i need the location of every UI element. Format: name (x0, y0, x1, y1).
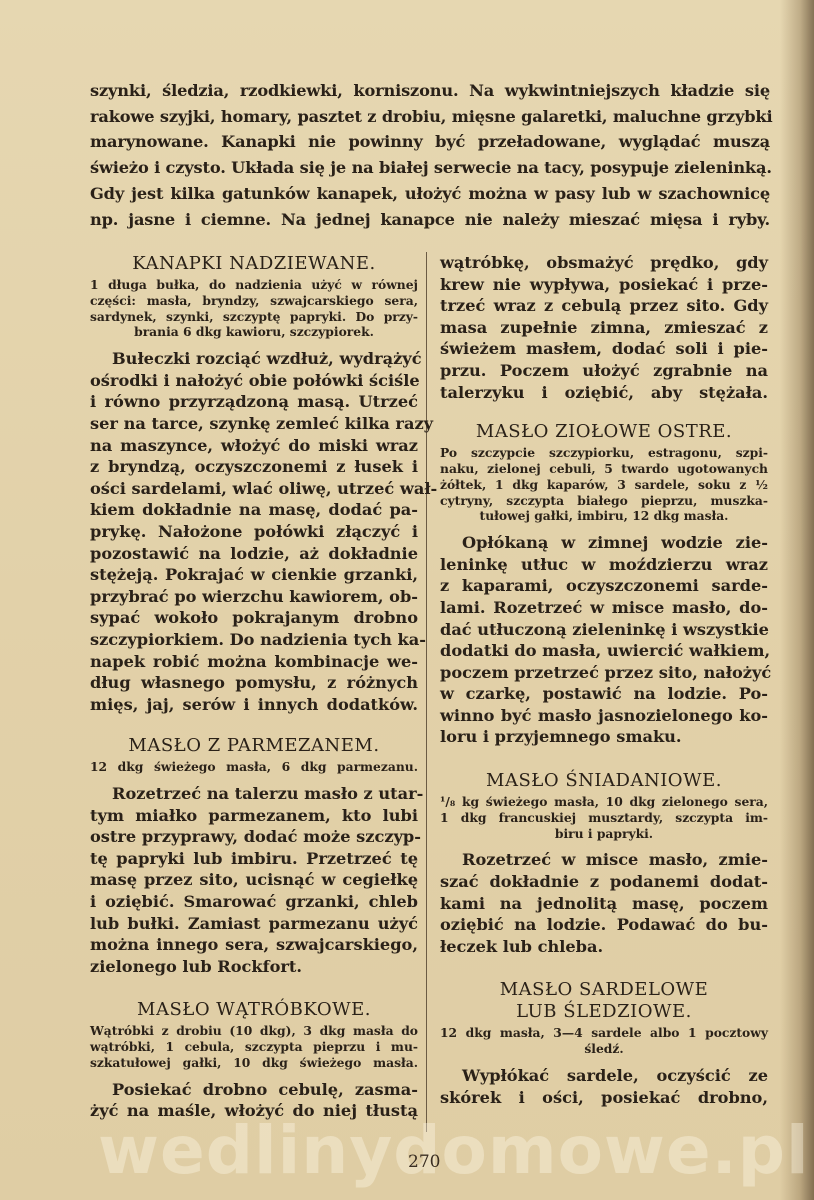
instruction-line: Opłókaną w zimnej wodzie zie- (440, 532, 768, 554)
intro-paragraph: szynki, śledzia, rzodkiewki, korniszonu.… (90, 78, 770, 232)
ingredient-line: 12 dkg masła, 3—4 sardele albo 1 pocztow… (440, 1025, 768, 1041)
recipe-instructions: Rozetrzeć na talerzu masło z utar- tym m… (90, 783, 418, 977)
instruction-line: stężeją. Pokrajać w cienkie grzanki, (90, 564, 418, 586)
instruction-line: winno być masło jasnozielonego ko- (440, 705, 768, 727)
recipe-maslo-sardelowe: MASŁO SARDELOWE LUB ŚLEDZIOWE. 12 dkg ma… (440, 979, 768, 1108)
recipe-title: MASŁO WĄTRÓBKOWE. (90, 999, 418, 1021)
instruction-line: Wypłókać sardele, oczyścić ze (440, 1065, 768, 1087)
ingredient-line: ¹/₈ kg świeżego masła, 10 dkg zielonego … (440, 794, 768, 810)
recipe-maslo-sniadaniowe: MASŁO ŚNIADANIOWE. ¹/₈ kg świeżego masła… (440, 770, 768, 957)
recipe-title: MASŁO SARDELOWE LUB ŚLEDZIOWE. (440, 979, 768, 1023)
ingredient-line: śledź. (440, 1041, 768, 1057)
ingredient-line: Po szczypcie szczypiorku, estragonu, szp… (440, 445, 768, 461)
instruction-line: i oziębić. Smarować grzanki, chleb (90, 891, 418, 913)
text-line: świeżo i czysto. Układa się je na białej… (90, 155, 770, 181)
recipe-title-line: LUB ŚLEDZIOWE. (440, 1001, 768, 1023)
instruction-line: na maszynce, włożyć do miski wraz (90, 435, 418, 457)
instruction-line: kami na jednolitą masę, poczem (440, 893, 768, 915)
instruction-line: szać dokładnie z podanemi dodat- (440, 871, 768, 893)
instruction-line: i równo przyrządzoną masą. Utrzeć (90, 391, 418, 413)
instruction-line: oziębić na lodzie. Podawać do bu- (440, 914, 768, 936)
page-number: 270 (408, 1152, 440, 1172)
instruction-line: sypać wokoło pokrajanym drobno (90, 607, 418, 629)
instruction-line: wątróbkę, obsmażyć prędko, gdy (440, 252, 768, 274)
recipe-kanapki-nadziewane: KANAPKI NADZIEWANE. 1 długa bułka, do na… (90, 253, 418, 715)
instruction-line: krew nie wypływa, posiekać i prze- (440, 274, 768, 296)
recipe-instructions: Bułeczki rozciąć wzdłuż, wydrążyć ośrodk… (90, 348, 418, 715)
instruction-line: Bułeczki rozciąć wzdłuż, wydrążyć (90, 348, 418, 370)
ingredient-line: wątróbki, 1 cebula, szczypta pieprzu i m… (90, 1039, 418, 1055)
ingredient-line: biru i papryki. (440, 826, 768, 842)
ingredient-line: tułowej gałki, imbiru, 12 dkg masła. (440, 508, 768, 524)
instruction-line: tym miałko parmezanem, kto lubi (90, 805, 418, 827)
recipe-maslo-z-parmezanem: MASŁO Z PARMEZANEM. 12 dkg świeżego masł… (90, 735, 418, 977)
instruction-line: Rozetrzeć na talerzu masło z utar- (90, 783, 418, 805)
text-line: szynki, śledzia, rzodkiewki, korniszonu.… (90, 78, 770, 104)
instruction-line: loru i przyjemnego smaku. (440, 726, 768, 748)
ingredient-line: części: masła, bryndzy, szwajcarskiego s… (90, 293, 418, 309)
instruction-line: dodatki do masła, uwiercić wałkiem, (440, 640, 768, 662)
instruction-line: tę papryki lub imbiru. Przetrzeć tę (90, 848, 418, 870)
instruction-line: ości sardelami, wlać oliwę, utrzeć wał- (90, 478, 418, 500)
ingredient-line: szkatułowej gałki, 10 dkg świeżego masła… (90, 1055, 418, 1071)
left-column: KANAPKI NADZIEWANE. 1 długa bułka, do na… (90, 250, 418, 1122)
recipe-title: KANAPKI NADZIEWANE. (90, 253, 418, 275)
recipe-title-line: MASŁO SARDELOWE (440, 979, 768, 1001)
recipe-ingredients: Po szczypcie szczypiorku, estragonu, szp… (440, 445, 768, 524)
instruction-line: masa zupełnie zimna, zmieszać z (440, 317, 768, 339)
recipe-title: MASŁO ŚNIADANIOWE. (440, 770, 768, 792)
instruction-line: trzeć wraz z cebulą przez sito. Gdy (440, 295, 768, 317)
recipe-ingredients: 1 długa bułka, do nadzienia użyć w równe… (90, 277, 418, 340)
recipe-instructions: Wypłókać sardele, oczyścić ze skórek i o… (440, 1065, 768, 1108)
instruction-line: można innego sera, szwajcarskiego, (90, 934, 418, 956)
text-line: np. jasne i ciemne. Na jednej kanapce ni… (90, 207, 770, 233)
instruction-line: świeżem masłem, dodać soli i pie- (440, 338, 768, 360)
recipe-instructions: Rozetrzeć w misce masło, zmie- szać dokł… (440, 849, 768, 957)
recipe-ingredients: 12 dkg świeżego masła, 6 dkg parmezanu. (90, 759, 418, 775)
instruction-line: masę przez sito, ucisnąć w cegiełkę (90, 869, 418, 891)
instruction-line: dług własnego pomysłu, z różnych (90, 672, 418, 694)
recipe-instructions: wątróbkę, obsmażyć prędko, gdy krew nie … (440, 252, 768, 403)
instruction-line: talerzyku i oziębić, aby stężała. (440, 382, 768, 404)
instruction-line: Rozetrzeć w misce masło, zmie- (440, 849, 768, 871)
instruction-line: w czarkę, postawić na lodzie. Po- (440, 683, 768, 705)
instruction-line: ośrodki i nałożyć obie połówki ściśle (90, 370, 418, 392)
column-divider (426, 252, 427, 1132)
instruction-line: mięs, jaj, serów i innych dodatków. (90, 694, 418, 716)
ingredient-line: sardynek, szynki, szczyptę papryki. Do p… (90, 309, 418, 325)
instruction-line: ser na tarce, szynkę zemleć kilka razy (90, 413, 418, 435)
instruction-line: przu. Poczem ułożyć zgrabnie na (440, 360, 768, 382)
instruction-line: zielonego lub Rockfort. (90, 956, 418, 978)
recipe-instructions: Opłókaną w zimnej wodzie zie- leninkę ut… (440, 532, 768, 748)
instruction-line: pozostawić na lodzie, aż dokładnie (90, 543, 418, 565)
instruction-line: dać utłuczoną zieleninkę i wszystkie (440, 619, 768, 641)
instruction-line: prykę. Nałożone połówki złączyć i (90, 521, 418, 543)
ingredient-line: brania 6 dkg kawioru, szczypiorek. (90, 324, 418, 340)
recipe-ingredients: 12 dkg masła, 3—4 sardele albo 1 pocztow… (440, 1025, 768, 1057)
instruction-line: szczypiorkiem. Do nadzienia tych ka- (90, 629, 418, 651)
watermark: wedlinydomowe.pl (98, 1112, 810, 1189)
instruction-line: napek robić można kombinacje we- (90, 651, 418, 673)
instruction-line: łeczek lub chleba. (440, 936, 768, 958)
instruction-line: skórek i ości, posiekać drobno, (440, 1087, 768, 1109)
recipe-instructions: Posiekać drobno cebulę, zasma- żyć na ma… (90, 1079, 418, 1122)
recipe-title: MASŁO Z PARMEZANEM. (90, 735, 418, 757)
instruction-line: z kaparami, oczyszczonemi sarde- (440, 575, 768, 597)
instruction-line: żyć na maśle, włożyć do niej tłustą (90, 1100, 418, 1122)
recipe-title: MASŁO ZIOŁOWE OSTRE. (440, 421, 768, 443)
text-line: marynowane. Kanapki nie powinny być prze… (90, 129, 770, 155)
ingredient-line: 1 dkg francuskiej musztardy, szczypta im… (440, 810, 768, 826)
recipe-maslo-watrobkowe: MASŁO WĄTRÓBKOWE. Wątróbki z drobiu (10 … (90, 999, 418, 1122)
recipe-ingredients: Wątróbki z drobiu (10 dkg), 3 dkg masła … (90, 1023, 418, 1070)
instruction-line: przybrać po wierzchu kawiorem, ob- (90, 586, 418, 608)
instruction-line: z bryndzą, oczyszczonemi z łusek i (90, 456, 418, 478)
instruction-line: leninkę utłuc w moździerzu wraz (440, 554, 768, 576)
instruction-line: poczem przetrzeć przez sito, nałożyć (440, 662, 768, 684)
ingredient-line: Wątróbki z drobiu (10 dkg), 3 dkg masła … (90, 1023, 418, 1039)
ingredient-line: 12 dkg świeżego masła, 6 dkg parmezanu. (90, 759, 418, 775)
ingredient-line: naku, zielonej cebuli, 5 twardo ugotowan… (440, 461, 768, 477)
recipe-ingredients: ¹/₈ kg świeżego masła, 10 dkg zielonego … (440, 794, 768, 841)
instruction-line: Posiekać drobno cebulę, zasma- (90, 1079, 418, 1101)
instruction-line: kiem dokładnie na masę, dodać pa- (90, 499, 418, 521)
instruction-line: ostre przyprawy, dodać może szczyp- (90, 826, 418, 848)
ingredient-line: żółtek, 1 dkg kaparów, 3 sardele, soku z… (440, 477, 768, 493)
book-page: szynki, śledzia, rzodkiewki, korniszonu.… (0, 0, 814, 1200)
instruction-line: lami. Rozetrzeć w misce masło, do- (440, 597, 768, 619)
instruction-line: lub bułki. Zamiast parmezanu użyć (90, 913, 418, 935)
ingredient-line: 1 długa bułka, do nadzienia użyć w równe… (90, 277, 418, 293)
text-line: Gdy jest kilka gatunków kanapek, ułożyć … (90, 181, 770, 207)
recipe-maslo-watrobkowe-continued: wątróbkę, obsmażyć prędko, gdy krew nie … (440, 252, 768, 403)
right-column: wątróbkę, obsmażyć prędko, gdy krew nie … (440, 250, 768, 1108)
text-line: rakowe szyjki, homary, pasztet z drobiu,… (90, 104, 770, 130)
ingredient-line: cytryny, szczypta białego pieprzu, muszk… (440, 493, 768, 509)
recipe-maslo-ziolowe-ostre: MASŁO ZIOŁOWE OSTRE. Po szczypcie szczyp… (440, 421, 768, 748)
